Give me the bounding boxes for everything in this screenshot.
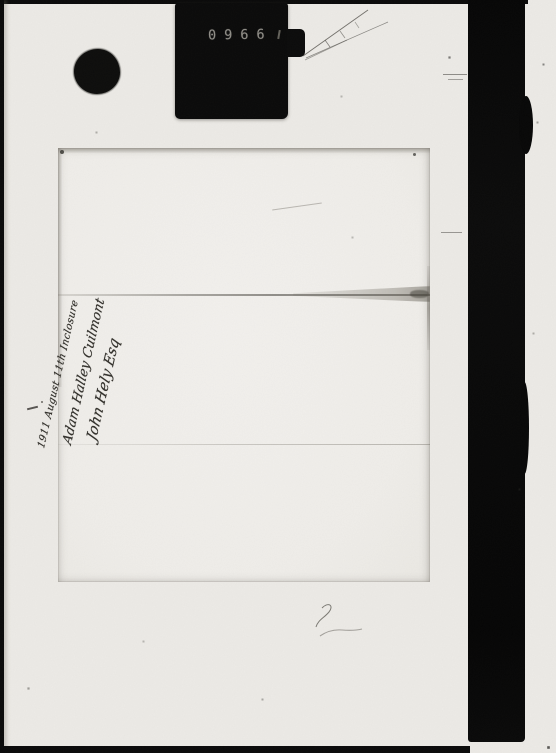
dust-specks [0, 0, 1, 1]
film-label-plate: 0966 [175, 3, 288, 119]
film-strip-bulge [519, 96, 533, 154]
paper-corner-speck [413, 153, 416, 156]
frame-number: 0966 [208, 26, 273, 43]
paper-scratch [272, 203, 322, 211]
scratch-marks [295, 0, 410, 70]
film-strip-bulge [520, 382, 529, 474]
punch-hole-dot [74, 49, 120, 94]
scan-border-left [0, 0, 4, 753]
paper-top-edge [58, 148, 430, 153]
scan-scratch-dash [443, 74, 467, 75]
scan-scratch-dash [441, 232, 462, 233]
scan-scratch-dash [448, 79, 463, 80]
endorsement-handwriting: 1911 August 11th Inclosure Adam Halley C… [34, 300, 112, 450]
film-strip [468, 0, 525, 742]
fold-line-upper [58, 294, 430, 296]
frame-number-tick-mark [277, 30, 281, 39]
fold-line-lower [58, 444, 430, 445]
paper-corner-speck [60, 150, 64, 154]
pencil-squiggle [308, 596, 372, 648]
pencil-dot-mark [41, 401, 43, 403]
scan-border-bottom [0, 746, 470, 753]
scanned-document-page: 0966 1911 August 11th Inclosure Adam Hal… [0, 0, 556, 753]
paper-right-edge-shade [427, 266, 430, 350]
